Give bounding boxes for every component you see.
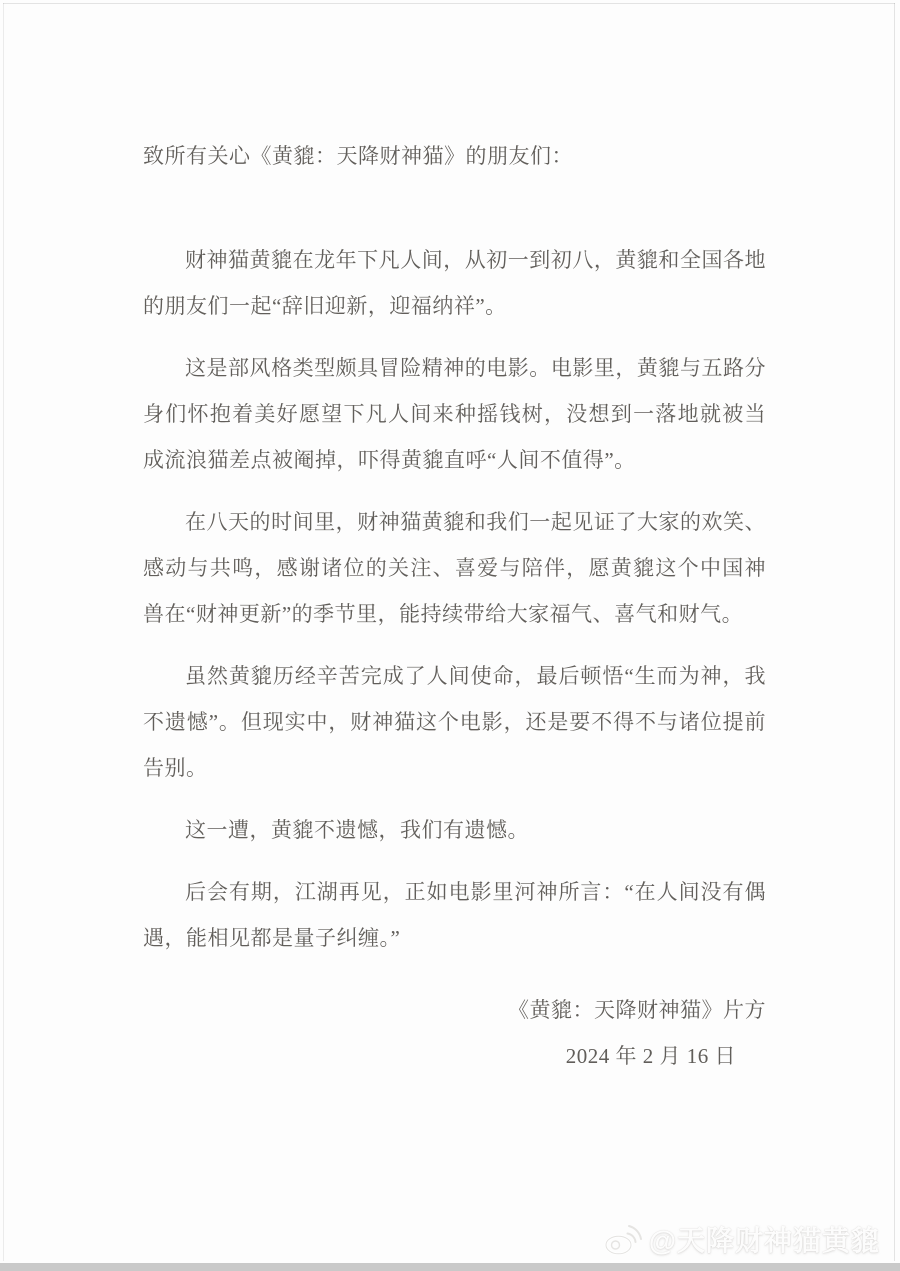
watermark-text: @天降财神猫黄貔 (649, 1219, 880, 1259)
signature-line: 《黄貔：天降财神猫》片方 (143, 987, 766, 1033)
letter-paragraph: 后会有期，江湖再见，正如电影里河神所言：“在人间没有偶遇，能相见都是量子纠缠。” (143, 869, 766, 961)
letter-paragraph: 财神猫黄貔在龙年下凡人间，从初一到初八，黄貔和全国各地的朋友们一起“辞旧迎新，迎… (143, 237, 766, 329)
letter-body: 致所有关心《黄貔：天降财神猫》的朋友们： 财神猫黄貔在龙年下凡人间，从初一到初八… (143, 133, 766, 1079)
paper-edge-right (894, 3, 895, 1261)
weibo-watermark: @天降财神猫黄貔 (604, 1219, 880, 1259)
paper-edge-top (3, 3, 895, 4)
photo-bottom-strip (0, 1263, 900, 1271)
letter-salutation: 致所有关心《黄貔：天降财神猫》的朋友们： (143, 133, 766, 179)
paper-edge-left (3, 3, 4, 1261)
date-line: 2024 年 2 月 16 日 (143, 1033, 766, 1079)
letter-paragraph: 这是部风格类型颇具冒险精神的电影。电影里，黄貔与五路分身们怀抱着美好愿望下凡人间… (143, 345, 766, 483)
letter-paragraph: 在八天的时间里，财神猫黄貔和我们一起见证了大家的欢笑、感动与共鸣，感谢诸位的关注… (143, 499, 766, 637)
signature-block: 《黄貔：天降财神猫》片方 2024 年 2 月 16 日 (143, 987, 766, 1079)
weibo-icon (604, 1222, 642, 1256)
letter-page: 致所有关心《黄貔：天降财神猫》的朋友们： 财神猫黄貔在龙年下凡人间，从初一到初八… (0, 0, 900, 1271)
letter-paragraph: 虽然黄貔历经辛苦完成了人间使命，最后顿悟“生而为神，我不遗憾”。但现实中，财神猫… (143, 653, 766, 791)
letter-paragraph: 这一遭，黄貔不遗憾，我们有遗憾。 (143, 807, 766, 853)
